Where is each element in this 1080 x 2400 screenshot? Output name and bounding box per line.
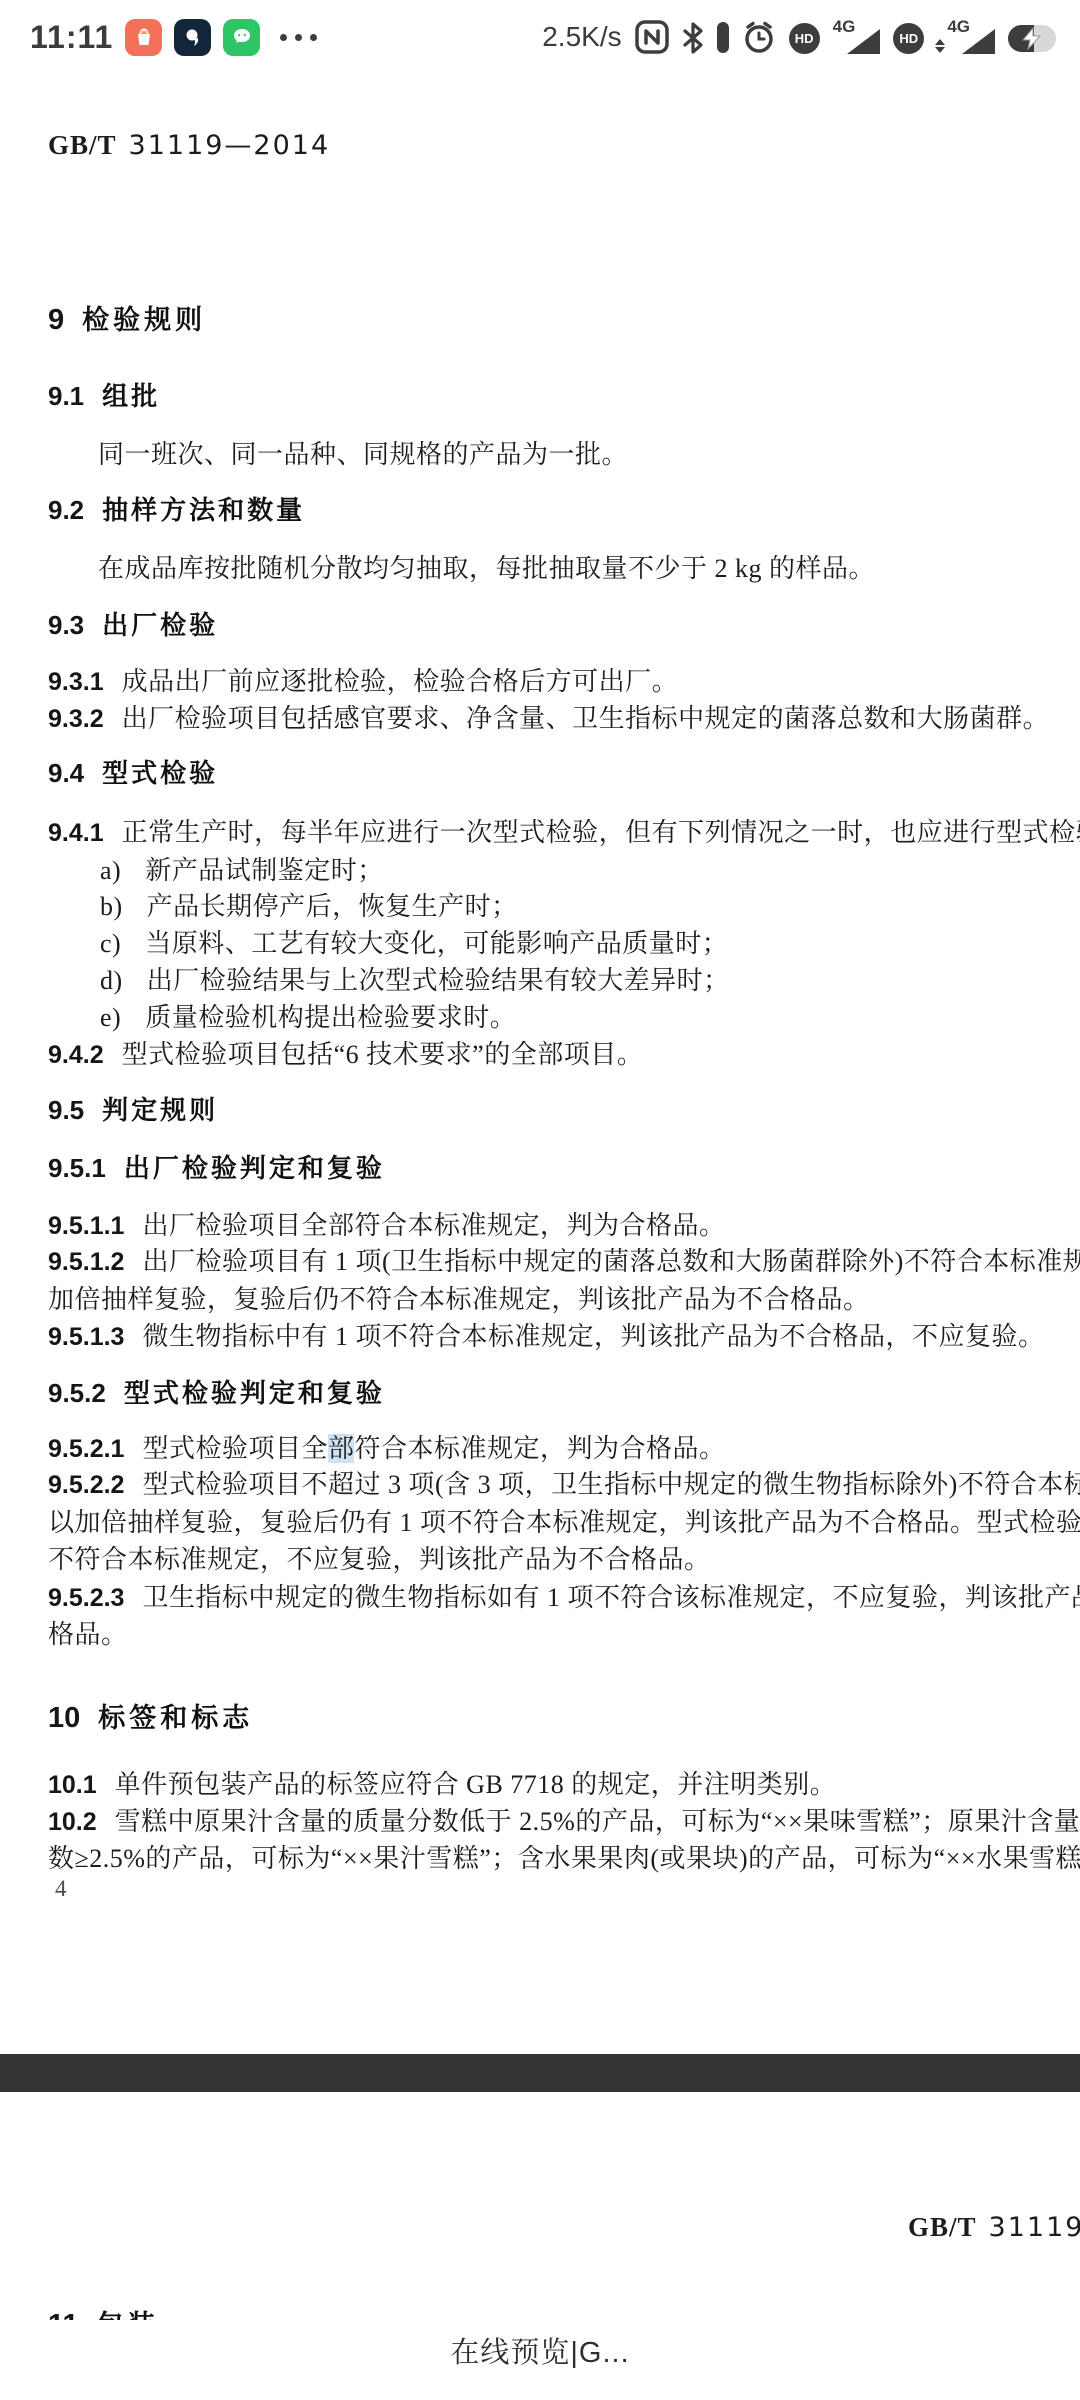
clause-9-4-1: 9.4.1正常生产时，每半年应进行一次型式检验，但有下列情况之一时，也应进行型式… — [48, 812, 1080, 849]
section-title: 出厂检验 — [102, 610, 218, 640]
paragraph: 同一班次、同一品种、同规格的产品为一批。 — [98, 434, 628, 471]
network-speed: 2.5K/s — [542, 20, 621, 54]
phone-screen: 11:11 — [0, 0, 1080, 2400]
clause-continuation: 以加倍抽样复验，复验后仍有 1 项不符合本标准规定，判该批产品为不合格品。型式检… — [48, 1502, 1080, 1539]
item-letter: d) — [100, 966, 123, 995]
charging-bolt-glyph — [1019, 27, 1045, 50]
standard-code-number: 31119— — [989, 2212, 1080, 2243]
item-text: 出厂检验结果与上次型式检验结果有较大差异时； — [147, 966, 730, 995]
shopping-app-icon — [125, 19, 162, 56]
status-bar: 11:11 — [0, 0, 1080, 64]
item-text: 产品长期停产后，恢复生产时； — [147, 892, 518, 921]
list-item-c: c)当原料、工艺有较大变化，可能影响产品质量时； — [100, 923, 728, 960]
alarm-clock-icon — [742, 20, 776, 54]
doc-header: GB/T31119—2014 — [48, 130, 330, 161]
clause-number: 9.5.2.2 — [48, 1471, 124, 1499]
item-letter: b) — [100, 892, 123, 921]
clause-9-3-2: 9.3.2出厂检验项目包括感官要求、净含量、卫生指标中规定的菌落总数和大肠菌群。 — [48, 698, 1049, 735]
section-9-5-heading: 9.5判定规则 — [48, 1090, 218, 1127]
section-number: 9.5 — [48, 1095, 84, 1125]
section-title: 检验规则 — [82, 305, 206, 335]
clause-number: 9.5.2.3 — [48, 1584, 124, 1612]
clause-number: 9.4.1 — [48, 819, 104, 847]
section-9-heading: 9检验规则 — [48, 298, 206, 337]
paragraph-text: 在成品库按批随机分散均匀抽取，每批抽取量不少于 2 kg 的样品。 — [98, 554, 875, 583]
clause-text: 加倍抽样复验，复验后仍不符合本标准规定，判该批产品为不合格品。 — [48, 1285, 870, 1314]
clause-9-5-1-2: 9.5.1.2出厂检验项目有 1 项(卫生指标中规定的菌落总数和大肠菌群除外)不… — [48, 1241, 1080, 1278]
hd-volte-icon-2: HD — [893, 23, 924, 54]
clause-text: 正常生产时，每半年应进行一次型式检验，但有下列情况之一时，也应进行型式检验： — [122, 818, 1080, 847]
signal-triangle-2 — [962, 29, 995, 54]
paragraph-text: 同一班次、同一品种、同规格的产品为一批。 — [98, 440, 628, 469]
section-9-2-heading: 9.2抽样方法和数量 — [48, 490, 305, 527]
clause-10-2: 10.2雪糕中原果汁含量的质量分数低于 2.5%的产品，可标为“××果味雪糕”；… — [48, 1801, 1080, 1838]
clause-number: 9.3.1 — [48, 668, 104, 696]
document-page[interactable]: GB/T31119—2014 9检验规则 9.1组批 同一班次、同一品种、同规格… — [0, 64, 1080, 2400]
clause-text: 型式检验项目不超过 3 项(含 3 项，卫生指标中规定的微生物指标除外)不符合本… — [142, 1470, 1080, 1499]
battery-charging-icon — [1008, 25, 1056, 52]
quote-chat-app-icon — [174, 19, 211, 56]
vibrate-icon — [717, 22, 729, 53]
section-9-3-heading: 9.3出厂检验 — [48, 605, 218, 642]
quote-glyph — [183, 27, 203, 47]
paragraph: 在成品库按批随机分散均匀抽取，每批抽取量不少于 2 kg 的样品。 — [98, 548, 875, 585]
section-number: 9.1 — [48, 381, 84, 411]
data-transfer-arrows-icon — [935, 39, 945, 53]
clause-text: 成品出厂前应逐批检验，检验合格后方可出厂。 — [122, 667, 679, 696]
item-text: 新产品试制鉴定时； — [145, 856, 384, 885]
bluetooth-icon — [682, 22, 704, 54]
clause-text: 型式检验项目全 — [142, 1434, 328, 1463]
section-number: 9 — [48, 304, 64, 336]
standard-code-label: GB/T — [48, 130, 117, 160]
clause-continuation: 不符合本标准规定，不应复验，判该批产品为不合格品。 — [48, 1539, 711, 1576]
section-title: 型式检验判定和复验 — [124, 1378, 385, 1408]
clause-text: 出厂检验项目有 1 项(卫生指标中规定的菌落总数和大肠菌群除外)不符合本标准规定 — [142, 1247, 1080, 1276]
nfc-icon — [635, 20, 669, 54]
page-number: 4 — [55, 1876, 67, 1902]
signal-4g-icon: 4G — [833, 20, 881, 54]
clause-continuation: 数≥2.5%的产品，可标为“××果汁雪糕”；含水果果肉(或果块)的产品，可标为“… — [48, 1838, 1080, 1875]
clause-number: 10.2 — [48, 1808, 97, 1836]
clause-text: 以加倍抽样复验，复验后仍有 1 项不符合本标准规定，判该批产品为不合格品。型式检… — [48, 1508, 1080, 1537]
section-title: 型式检验 — [102, 758, 218, 788]
clause-number: 9.5.2.1 — [48, 1435, 124, 1463]
item-letter: e) — [100, 1003, 121, 1032]
clause-text: 出厂检验项目全部符合本标准规定，判为合格品。 — [142, 1211, 725, 1240]
item-text: 当原料、工艺有较大变化，可能影响产品质量时； — [145, 929, 728, 958]
clause-text: 不符合本标准规定，不应复验，判该批产品为不合格品。 — [48, 1545, 711, 1574]
section-9-1-heading: 9.1组批 — [48, 376, 160, 413]
clause-text: 型式检验项目包括“6 技术要求”的全部项目。 — [122, 1040, 644, 1069]
item-letter: a) — [100, 856, 121, 885]
preview-footer-bar[interactable]: 在线预览|G... — [0, 2320, 1080, 2400]
shopping-bag-glyph — [134, 27, 154, 47]
standard-code-label: GB/T — [908, 2212, 977, 2242]
clause-number: 9.3.2 — [48, 705, 104, 733]
clause-text: 单件预包装产品的标签应符合 GB 7718 的规定，并注明类别。 — [115, 1770, 837, 1799]
section-number: 9.4 — [48, 758, 84, 788]
clock-time: 11:11 — [30, 19, 113, 56]
clause-text: 出厂检验项目包括感官要求、净含量、卫生指标中规定的菌落总数和大肠菌群。 — [122, 704, 1050, 733]
section-number: 9.2 — [48, 495, 84, 525]
clause-9-5-1-1: 9.5.1.1出厂检验项目全部符合本标准规定，判为合格品。 — [48, 1205, 725, 1242]
section-number: 9.5.2 — [48, 1378, 106, 1408]
clause-9-5-2-1: 9.5.2.1型式检验项目全部符合本标准规定，判为合格品。 — [48, 1428, 726, 1465]
clause-continuation: 格品。 — [48, 1614, 128, 1651]
section-title: 出厂检验判定和复验 — [124, 1153, 385, 1183]
section-title: 抽样方法和数量 — [102, 495, 305, 525]
clause-number: 10.1 — [48, 1771, 97, 1799]
section-9-5-1-heading: 9.5.1出厂检验判定和复验 — [48, 1148, 385, 1185]
more-notifications-icon — [280, 34, 317, 41]
standard-code-number: 31119—2014 — [129, 130, 331, 161]
hd-volte-icon: HD — [789, 23, 820, 54]
signal-4g-updown-icon: 4G — [937, 20, 995, 54]
clause-text: 卫生指标中规定的微生物指标如有 1 项不符合该标准规定，不应复验，判该批产品为 — [142, 1583, 1080, 1612]
clause-continuation: 加倍抽样复验，复验后仍不符合本标准规定，判该批产品为不合格品。 — [48, 1279, 870, 1316]
clause-text: 微生物指标中有 1 项不符合本标准规定，判该批产品为不合格品，不应复验。 — [142, 1322, 1044, 1351]
clause-number: 9.5.1.3 — [48, 1323, 124, 1351]
section-10-heading: 10标签和标志 — [48, 1696, 253, 1735]
page-separator — [0, 2054, 1080, 2092]
section-title: 标签和标志 — [98, 1703, 253, 1733]
section-number: 10 — [48, 1702, 80, 1734]
list-item-e: e)质量检验机构提出检验要求时。 — [100, 997, 516, 1034]
clause-text: 数≥2.5%的产品，可标为“××果汁雪糕”；含水果果肉(或果块)的产品，可标为“… — [48, 1844, 1080, 1873]
online-preview-label: 在线预览|G... — [450, 2320, 629, 2400]
clause-number: 9.4.2 — [48, 1041, 104, 1069]
doc-header-page2: GB/T31119— — [908, 2212, 1080, 2243]
status-bar-left: 11:11 — [30, 19, 317, 56]
item-letter: c) — [100, 929, 121, 958]
clause-text: 雪糕中原果汁含量的质量分数低于 2.5%的产品，可标为“××果味雪糕”；原果汁含… — [115, 1807, 1080, 1836]
clause-number: 9.5.1.2 — [48, 1248, 124, 1276]
clause-10-1: 10.1单件预包装产品的标签应符合 GB 7718 的规定，并注明类别。 — [48, 1764, 836, 1801]
signal-triangle — [847, 29, 880, 54]
section-title: 组批 — [102, 381, 160, 411]
item-text: 质量检验机构提出检验要求时。 — [145, 1003, 516, 1032]
chat-bubble-glyph — [231, 26, 253, 48]
search-highlight: 部 — [328, 1434, 355, 1463]
section-number: 9.3 — [48, 610, 84, 640]
clause-9-5-1-3: 9.5.1.3微生物指标中有 1 项不符合本标准规定，判该批产品为不合格品，不应… — [48, 1316, 1044, 1353]
clause-9-5-2-3: 9.5.2.3卫生指标中规定的微生物指标如有 1 项不符合该标准规定，不应复验，… — [48, 1577, 1080, 1614]
list-item-d: d)出厂检验结果与上次型式检验结果有较大差异时； — [100, 960, 730, 997]
clause-9-4-2: 9.4.2型式检验项目包括“6 技术要求”的全部项目。 — [48, 1034, 643, 1071]
status-bar-right: 2.5K/s HD 4G HD 4G — [542, 20, 1056, 54]
clause-text: 格品。 — [48, 1620, 128, 1649]
clause-9-3-1: 9.3.1成品出厂前应逐批检验，检验合格后方可出厂。 — [48, 661, 678, 698]
section-number: 9.5.1 — [48, 1153, 106, 1183]
section-9-4-heading: 9.4型式检验 — [48, 753, 218, 790]
section-title: 判定规则 — [102, 1095, 218, 1125]
list-item-b: b)产品长期停产后，恢复生产时； — [100, 886, 518, 923]
wechat-app-icon — [223, 19, 260, 56]
clause-text: 符合本标准规定，判为合格品。 — [354, 1434, 725, 1463]
section-9-5-2-heading: 9.5.2型式检验判定和复验 — [48, 1373, 385, 1410]
list-item-a: a)新产品试制鉴定时； — [100, 850, 384, 887]
clause-9-5-2-2: 9.5.2.2型式检验项目不超过 3 项(含 3 项，卫生指标中规定的微生物指标… — [48, 1464, 1080, 1501]
clause-number: 9.5.1.1 — [48, 1212, 124, 1240]
